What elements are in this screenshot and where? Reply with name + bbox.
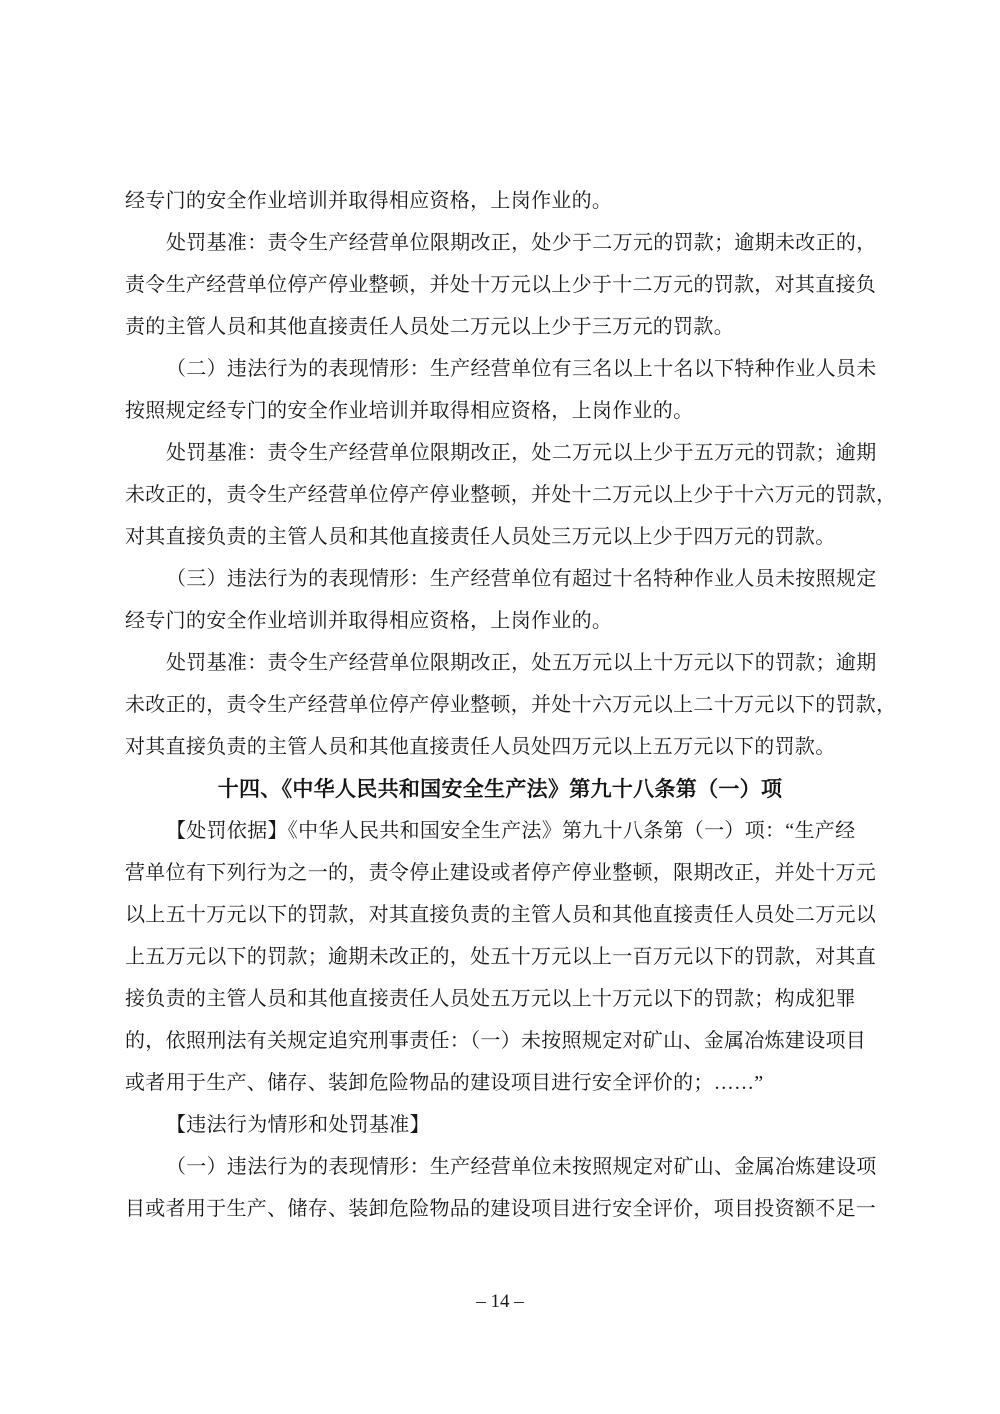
page-footer: – 14 – [0, 1290, 1000, 1314]
text-line: 处罚基准：责令生产经营单位限期改正，处少于二万元的罚款；逾期未改正的， [125, 222, 875, 264]
text-line: 责的主管人员和其他直接责任人员处二万元以上少于三万元的罚款。 [125, 306, 875, 348]
text-line: 对其直接负责的主管人员和其他直接责任人员处三万元以上少于四万元的罚款。 [125, 516, 875, 558]
text-line: 接负责的主管人员和其他直接责任人员处五万元以上十万元以下的罚款；构成犯罪 [125, 978, 875, 1020]
text-line: 未改正的，责令生产经营单位停产停业整顿，并处十二万元以上少于十六万元的罚款， [125, 474, 875, 516]
text-line: 经专门的安全作业培训并取得相应资格，上岗作业的。 [125, 600, 875, 642]
text-line: 对其直接负责的主管人员和其他直接责任人员处四万元以上五万元以下的罚款。 [125, 726, 875, 768]
text-line: 责令生产经营单位停产停业整顿，并处十万元以上少于十二万元的罚款，对其直接负 [125, 264, 875, 306]
text-line: 按照规定经专门的安全作业培训并取得相应资格，上岗作业的。 [125, 390, 875, 432]
text-line: 上五万元以下的罚款；逾期未改正的，处五十万元以上一百万元以下的罚款，对其直 [125, 936, 875, 978]
text-line: 经专门的安全作业培训并取得相应资格，上岗作业的。 [125, 180, 875, 222]
text-line: 处罚基准：责令生产经营单位限期改正，处二万元以上少于五万元的罚款；逾期 [125, 432, 875, 474]
document-body: 经专门的安全作业培训并取得相应资格，上岗作业的。处罚基准：责令生产经营单位限期改… [125, 180, 875, 1230]
text-line: 以上五十万元以下的罚款，对其直接负责的主管人员和其他直接责任人员处二万元以 [125, 894, 875, 936]
text-line: 的，依照刑法有关规定追究刑事责任：（一）未按照规定对矿山、金属冶炼建设项目 [125, 1020, 875, 1062]
text-line: 目或者用于生产、储存、装卸危险物品的建设项目进行安全评价，项目投资额不足一 [125, 1188, 875, 1230]
section-heading: 十四、《中华人民共和国安全生产法》第九十八条第（一）项 [125, 768, 875, 810]
document-page: 经专门的安全作业培训并取得相应资格，上岗作业的。处罚基准：责令生产经营单位限期改… [0, 0, 1000, 1414]
text-line: （二）违法行为的表现情形：生产经营单位有三名以上十名以下特种作业人员未 [125, 348, 875, 390]
text-line: 或者用于生产、储存、装卸危险物品的建设项目进行安全评价的；……” [125, 1062, 875, 1104]
text-line: 【违法行为情形和处罚基准】 [125, 1104, 875, 1146]
page-number: – 14 – [476, 1291, 524, 1312]
text-line: 【处罚依据】《中华人民共和国安全生产法》第九十八条第（一）项：“生产经 [125, 810, 875, 852]
text-line: 处罚基准：责令生产经营单位限期改正，处五万元以上十万元以下的罚款；逾期 [125, 642, 875, 684]
text-line: （三）违法行为的表现情形：生产经营单位有超过十名特种作业人员未按照规定 [125, 558, 875, 600]
text-line: （一）违法行为的表现情形：生产经营单位未按照规定对矿山、金属冶炼建设项 [125, 1146, 875, 1188]
text-line: 营单位有下列行为之一的，责令停止建设或者停产停业整顿，限期改正，并处十万元 [125, 852, 875, 894]
text-line: 未改正的，责令生产经营单位停产停业整顿，并处十六万元以上二十万元以下的罚款， [125, 684, 875, 726]
